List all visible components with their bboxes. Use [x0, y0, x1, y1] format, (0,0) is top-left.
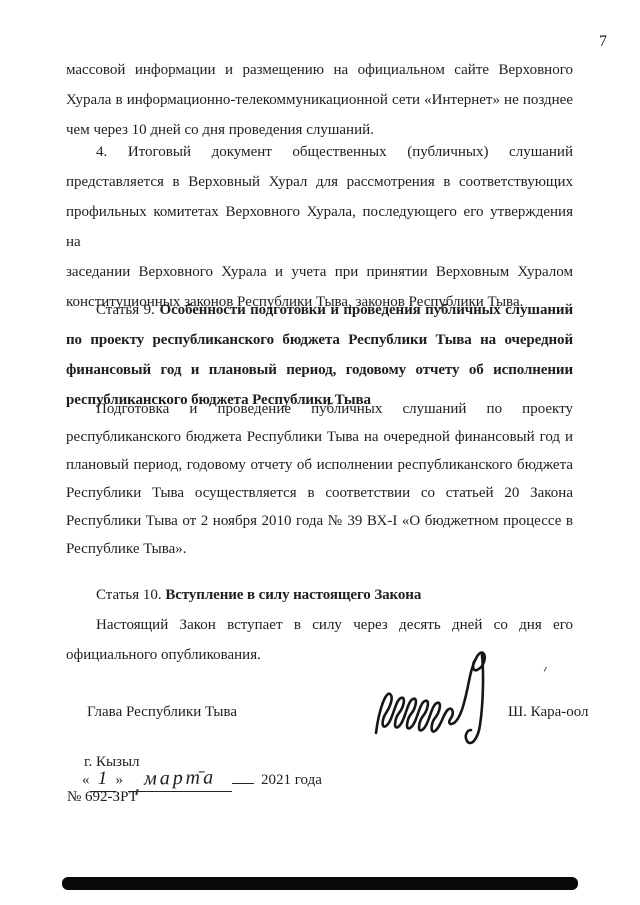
paragraph-line: представляется в Верховный Хурал для рас…	[66, 167, 573, 197]
article10-label: Статья 10.	[96, 587, 162, 603]
paragraph-line: Настоящий Закон вступает в силу через де…	[66, 610, 573, 640]
paragraph-line: Подготовка и проведение публичных слушан…	[66, 395, 573, 423]
paragraph-item4: 4. Итоговый документ общественных (публи…	[66, 137, 573, 317]
article10-title: Вступление в силу настоящего Закона	[165, 587, 421, 603]
article9-title-part: Особенности подготовки и проведения публ…	[160, 302, 573, 318]
page-number: 7	[599, 33, 607, 51]
article9-label: Статья 9.	[96, 302, 155, 318]
article10-heading: Статья 10. Вступление в силу настоящего …	[66, 580, 573, 610]
paragraph-line: плановый период, годовому отчету об испо…	[66, 451, 573, 479]
article9-heading-line: Статья 9. Особенности подготовки и прове…	[66, 295, 573, 325]
ink-speck	[541, 665, 547, 671]
quote-close: »	[116, 772, 124, 788]
paragraph-line: Республики Тыва от 2 ноября 2010 года № …	[66, 507, 573, 535]
paragraph-line: Республике Тыва».	[66, 535, 573, 563]
article9-heading-line: финансовый год и плановый период, годово…	[66, 355, 573, 385]
paragraph-line: профильных комитетах Верховного Хурала, …	[66, 197, 573, 257]
paragraph-line: заседании Верховного Хурала и учета при …	[66, 257, 573, 287]
footer-city: г. Кызыл	[84, 754, 140, 771]
handwritten-day: 1	[98, 771, 108, 786]
paragraph-line: 4. Итоговый документ общественных (публи…	[66, 137, 573, 167]
paragraph-intro: массовой информации и размещению на офиц…	[66, 55, 573, 145]
paragraph-line: Республики Тыва осуществляется в соответ…	[66, 479, 573, 507]
footer-doc-number: № 692-ЗРТ	[67, 789, 138, 806]
paragraph-line: Хурала в информационно-телекоммуникацион…	[66, 85, 573, 115]
footer-year: 2021 года	[261, 772, 322, 788]
signature-name: Ш. Кара-оол	[508, 697, 589, 727]
paragraph-article9: Подготовка и проведение публичных слушан…	[66, 395, 573, 563]
paragraph-line: республиканского бюджета Республики Тыва…	[66, 423, 573, 451]
article9-heading-line: по проекту республиканского бюджета Респ…	[66, 325, 573, 355]
handwritten-month: март̄а	[144, 770, 216, 786]
month-underline-slot: март̄а	[128, 770, 232, 792]
signature-title: Глава Республики Тыва	[87, 697, 237, 727]
quote-open: «	[82, 772, 90, 788]
article10-heading-line: Статья 10. Вступление в силу настоящего …	[66, 580, 573, 610]
signature-scribble-icon	[360, 643, 500, 753]
ink-speck	[135, 789, 138, 795]
underline-tail	[232, 783, 254, 784]
paragraph-line: массовой информации и размещению на офиц…	[66, 55, 573, 85]
document-page: 7 массовой информации и размещению на оф…	[0, 0, 640, 905]
scan-artifact-bar	[62, 877, 578, 890]
